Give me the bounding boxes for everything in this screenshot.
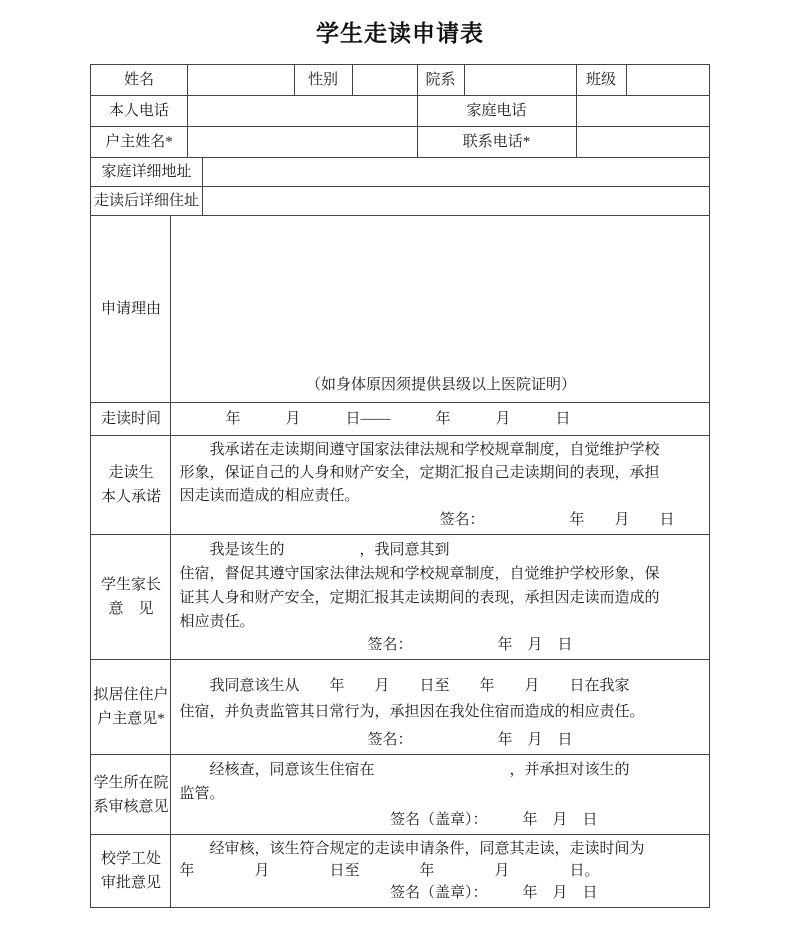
pledge-text-line: 我承诺在走读期间遵守国家法律法规和学校规章制度，自觉维护学校 — [179, 439, 702, 462]
pledge-date-blank: 年 月 日 — [569, 509, 674, 532]
host-opinion-label: 拟居住住户 户主意见* — [91, 660, 171, 755]
office-date-blank: 年 月 日 — [522, 882, 597, 905]
householder-name-value-cell — [187, 127, 417, 158]
home-address-row: 家庭详细地址 — [91, 158, 709, 187]
college-text-line: 经核查，同意该生住宿在 ，并承担对该生的 — [179, 758, 702, 782]
form-title: 学生走读申请表 — [0, 0, 800, 48]
college-sign-line: 签名（盖章）： 年 月 日 — [179, 809, 702, 832]
home-address-label: 家庭详细地址 — [91, 158, 202, 187]
office-text-line: 经审核，该生符合规定的走读申请条件，同意其走读，走读时间为 — [179, 838, 702, 860]
office-approval-text-cell: 经审核，该生符合规定的走读申请条件，同意其走读，走读时间为 年 月 日至 年 月… — [171, 835, 709, 908]
phone-row: 本人电话 家庭电话 — [91, 96, 709, 127]
pledge-sign-line: 签名： 年 月 日 — [179, 509, 702, 532]
parent-date-blank: 年 月 日 — [497, 634, 572, 657]
pledge-text-line: 因走读而造成的相应责任。 — [179, 485, 702, 508]
contact-phone-value-cell — [576, 127, 709, 158]
reason-blank-area — [179, 219, 702, 374]
parent-text-line: 我是该生的 ，我同意其到 — [179, 538, 702, 562]
contact-phone-label: 联系电话* — [417, 127, 576, 158]
college-review-row: 学生所在院 系审核意见 经核查，同意该生住宿在 ，并承担对该生的 监管。 签名（… — [91, 755, 709, 835]
day-address-row: 走读后详细住址 — [91, 187, 709, 216]
parent-opinion-text-cell: 我是该生的 ，我同意其到 住宿，督促其遵守国家法律法规和学校规章制度，自觉维护学… — [171, 535, 709, 660]
pledge-text-cell: 我承诺在走读期间遵守国家法律法规和学校规章制度，自觉维护学校 形象，保证自己的人… — [171, 436, 709, 535]
parent-text-line: 相应责任。 — [179, 610, 702, 634]
reason-row: 申请理由 （如身体原因须提供县级以上医院证明） — [91, 216, 709, 403]
pledge-text-line: 形象，保证自己的人身和财产安全，定期汇报自己走读期间的表现，承担 — [179, 462, 702, 485]
home-address-value-cell — [202, 158, 709, 187]
host-sign-label: 签名： — [367, 729, 412, 752]
period-value-cell: 年 月 日—— 年 月 日 — [171, 403, 709, 436]
department-value-cell — [464, 65, 576, 96]
pledge-sign-label: 签名： — [439, 509, 484, 532]
parent-text-line: 证其人身和财产安全，定期汇报其走读期间的表现，承担因走读而造成的 — [179, 586, 702, 610]
parent-text-line: 住宿，督促其遵守国家法律法规和学校规章制度，自觉维护学校形象，保 — [179, 562, 702, 586]
reason-value-cell: （如身体原因须提供县级以上医院证明） — [171, 216, 709, 403]
pledge-label: 走读生 本人承诺 — [91, 436, 171, 535]
college-text-line: 监管。 — [179, 782, 702, 806]
parent-opinion-row: 学生家长 意 见 我是该生的 ，我同意其到 住宿，督促其遵守国家法律法规和学校规… — [91, 535, 709, 660]
parent-opinion-label: 学生家长 意 见 — [91, 535, 171, 660]
day-address-label: 走读后详细住址 — [91, 187, 202, 216]
host-date-blank: 年 月 日 — [497, 729, 572, 752]
gender-label: 性别 — [294, 65, 352, 96]
college-review-text-cell: 经核查，同意该生住宿在 ，并承担对该生的 监管。 签名（盖章）： 年 月 日 — [171, 755, 709, 835]
householder-name-label: 户主姓名* — [91, 127, 187, 158]
home-phone-label: 家庭电话 — [417, 96, 576, 127]
basic-info-row: 姓名 性别 院系 班级 — [91, 65, 709, 96]
gender-value-cell — [352, 65, 417, 96]
college-sign-label: 签名（盖章）： — [390, 809, 488, 832]
reason-label: 申请理由 — [91, 216, 171, 403]
class-label: 班级 — [576, 65, 626, 96]
host-sign-line: 签名： 年 月 日 — [179, 729, 702, 752]
host-opinion-row: 拟居住住户 户主意见* 我同意该生从 年 月 日至 年 月 日在我家 住宿，并负… — [91, 660, 709, 755]
office-approval-label: 校学工处 审批意见 — [91, 835, 171, 908]
day-address-value-cell — [202, 187, 709, 216]
office-text-line: 年 月 日至 年 月 日。 — [179, 860, 702, 882]
period-row: 走读时间 年 月 日—— 年 月 日 — [91, 403, 709, 436]
parent-sign-line: 签名： 年 月 日 — [179, 634, 702, 657]
college-review-label: 学生所在院 系审核意见 — [91, 755, 171, 835]
period-label: 走读时间 — [91, 403, 171, 436]
application-form-table: 姓名 性别 院系 班级 本人电话 家庭电话 户主姓名* 联系电话* 家庭详细地址 — [90, 64, 709, 908]
parent-sign-label: 签名： — [367, 634, 412, 657]
home-phone-value-cell — [576, 96, 709, 127]
document-page: 学生走读申请表 姓名 性别 院系 班级 本人电话 家庭电话 户 — [0, 0, 800, 926]
college-date-blank: 年 月 日 — [522, 809, 597, 832]
name-value-cell — [187, 65, 294, 96]
host-text-line: 我同意该生从 年 月 日至 年 月 日在我家 — [179, 673, 702, 699]
self-phone-value-cell — [187, 96, 417, 127]
office-sign-line: 签名（盖章）： 年 月 日 — [179, 882, 702, 905]
pledge-row: 走读生 本人承诺 我承诺在走读期间遵守国家法律法规和学校规章制度，自觉维护学校 … — [91, 436, 709, 535]
householder-row: 户主姓名* 联系电话* — [91, 127, 709, 158]
host-text-line: 住宿，并负责监管其日常行为，承担因在我处住宿而造成的相应责任。 — [179, 699, 702, 725]
office-approval-row: 校学工处 审批意见 经审核，该生符合规定的走读申请条件，同意其走读，走读时间为 … — [91, 835, 709, 908]
class-value-cell — [626, 65, 709, 96]
reason-note: （如身体原因须提供县级以上医院证明） — [179, 374, 702, 400]
host-opinion-text-cell: 我同意该生从 年 月 日至 年 月 日在我家 住宿，并负责监管其日常行为，承担因… — [171, 660, 709, 755]
office-sign-label: 签名（盖章）： — [390, 882, 488, 905]
name-label: 姓名 — [91, 65, 187, 96]
self-phone-label: 本人电话 — [91, 96, 187, 127]
department-label: 院系 — [417, 65, 464, 96]
